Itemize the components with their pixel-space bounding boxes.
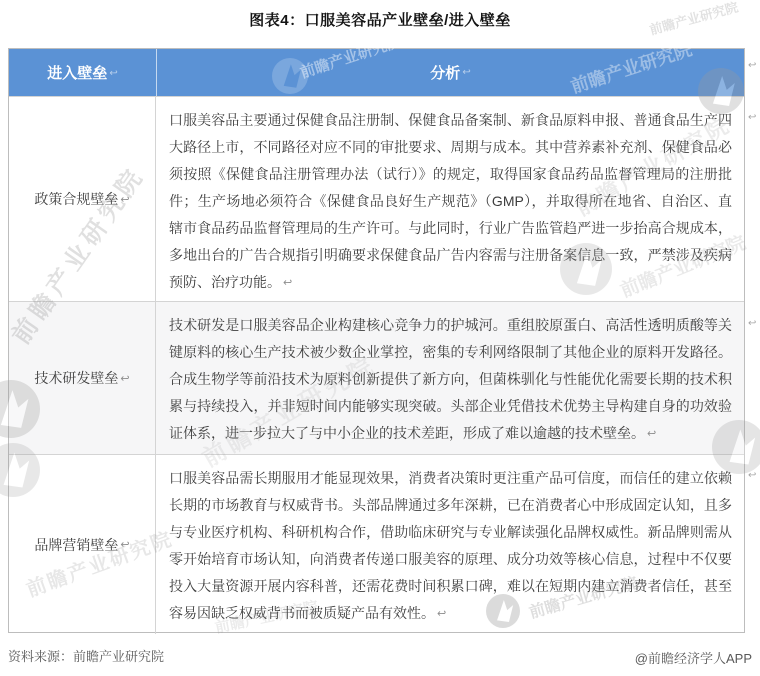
row-label: 政策合规壁垒 [34,189,118,209]
return-mark-icon: ↩ [109,68,117,79]
header-analysis-label: 分析 [430,62,460,83]
analysis-text: 口服美容品需长期服用才能显现效果，消费者决策时更注重产品可信度，而信任的建立依赖… [169,470,732,621]
analysis-text: 口服美容品主要通过保健食品注册制、保健食品备案制、新食品原料申报、普通食品生产四… [169,112,732,290]
return-mark-icon: ↩ [748,60,756,71]
table-row-policy-compliance: 政策合规壁垒↩ 口服美容品主要通过保健食品注册制、保健食品备案制、新食品原料申报… [9,96,744,301]
credit-note: @前瞻经济学人APP [635,648,752,667]
row-label-cell: 品牌营销壁垒↩ [9,455,156,634]
table-row-brand-marketing: 品牌营销壁垒↩ 口服美容品需长期服用才能显现效果，消费者决策时更注重产品可信度，… [9,454,744,634]
return-mark-icon: ↩ [120,538,129,551]
table-row-tech-rd: 技术研发壁垒↩ 技术研发是口服美容品企业构建核心竞争力的护城河。重组胶原蛋白、高… [9,301,744,454]
table-header-row: 进入壁垒↩ 分析↩ [9,49,744,96]
row-label-cell: 政策合规壁垒↩ [9,97,156,301]
row-analysis-cell: 口服美容品主要通过保健食品注册制、保健食品备案制、新食品原料申报、普通食品生产四… [156,97,744,301]
return-mark-icon: ↩ [437,608,446,620]
return-mark-icon: ↩ [462,67,470,78]
barriers-table: 进入壁垒↩ 分析↩ 政策合规壁垒↩ 口服美容品主要通过保健食品注册制、保健食品备… [8,48,745,633]
row-label: 技术研发壁垒 [34,368,118,388]
row-label-cell: 技术研发壁垒↩ [9,302,156,454]
return-mark-icon: ↩ [748,318,756,329]
return-mark-icon: ↩ [748,470,756,481]
analysis-text: 技术研发是口服美容品企业构建核心竞争力的护城河。重组胶原蛋白、高活性透明质酸等关… [169,317,732,441]
page-title: 图表4：口服美容品产业壁垒/进入壁垒 [0,9,760,30]
return-mark-icon: ↩ [283,277,292,289]
return-mark-icon: ↩ [120,372,129,385]
header-entry-barrier-label: 进入壁垒 [47,65,107,82]
return-mark-icon: ↩ [120,193,129,206]
row-analysis-cell: 口服美容品需长期服用才能显现效果，消费者决策时更注重产品可信度，而信任的建立依赖… [156,455,744,634]
row-analysis-cell: 技术研发是口服美容品企业构建核心竞争力的护城河。重组胶原蛋白、高活性透明质酸等关… [156,302,744,454]
return-mark-icon: ↩ [647,428,656,440]
figure-page: 图表4：口服美容品产业壁垒/进入壁垒 进入壁垒↩ 分析↩ 政策合规壁垒↩ 口服美… [0,0,760,676]
header-cell-entry-barrier: 进入壁垒↩ [9,62,156,83]
return-mark-icon: ↩ [748,112,756,123]
row-label: 品牌营销壁垒 [34,535,118,555]
header-cell-analysis: 分析↩ [156,49,744,96]
source-note: 资料来源：前瞻产业研究院 [8,646,164,665]
